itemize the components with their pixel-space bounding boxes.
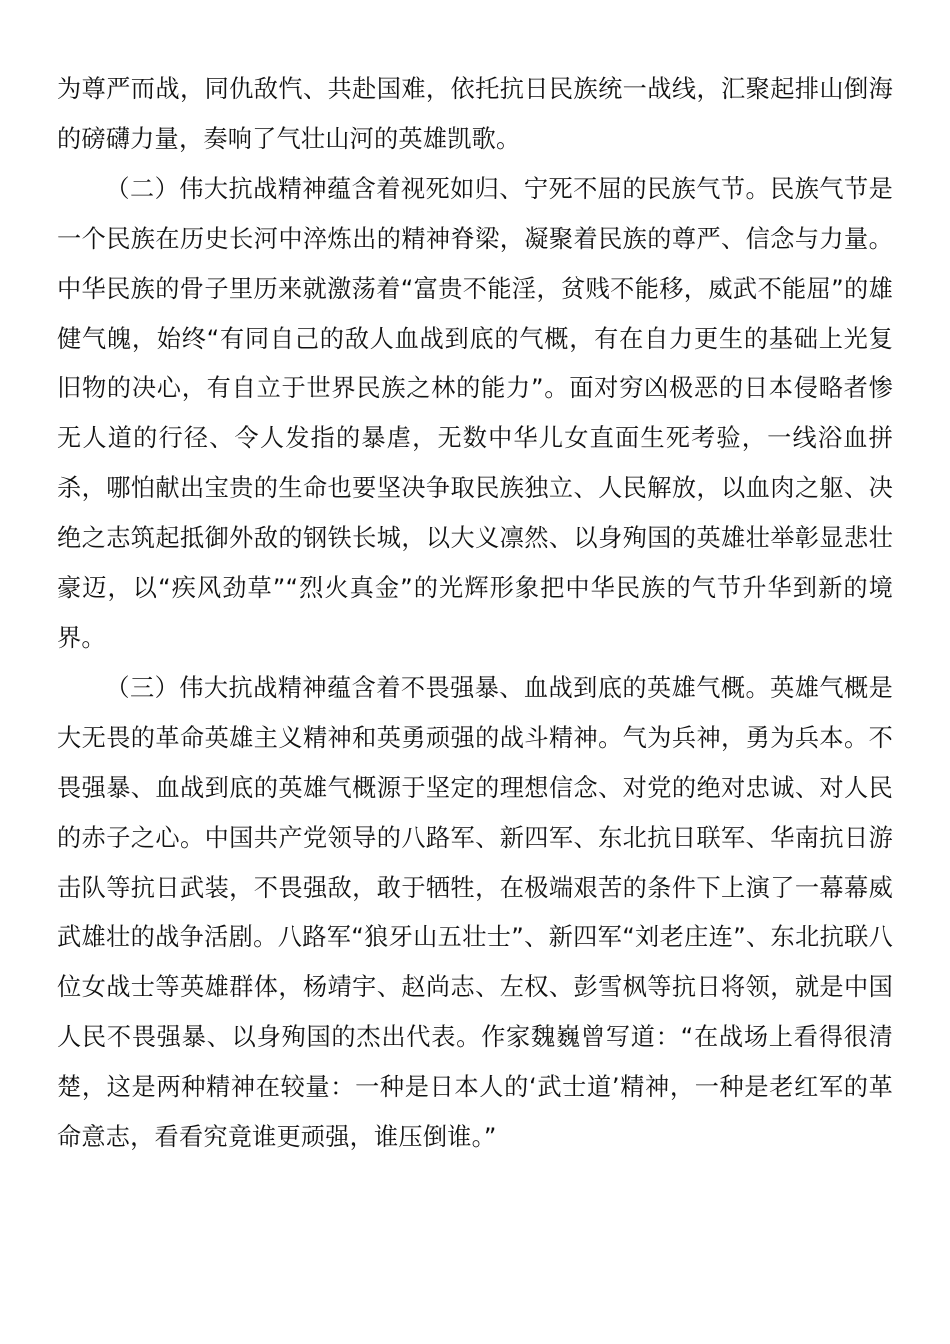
paragraph-heroic-spirit: （三）伟大抗战精神蕴含着不畏强暴、血战到底的英雄气概。英雄气概是大无畏的革命英雄… (57, 664, 893, 1163)
document-page: 为尊严而战，同仇敌忾、共赴国难，依托抗日民族统一战线，汇聚起排山倒海的磅礴力量，… (57, 65, 893, 1163)
paragraph-continuation: 为尊严而战，同仇敌忾、共赴国难，依托抗日民族统一战线，汇聚起排山倒海的磅礴力量，… (57, 65, 893, 165)
paragraph-national-integrity: （二）伟大抗战精神蕴含着视死如归、宁死不屈的民族气节。民族气节是一个民族在历史长… (57, 165, 893, 664)
